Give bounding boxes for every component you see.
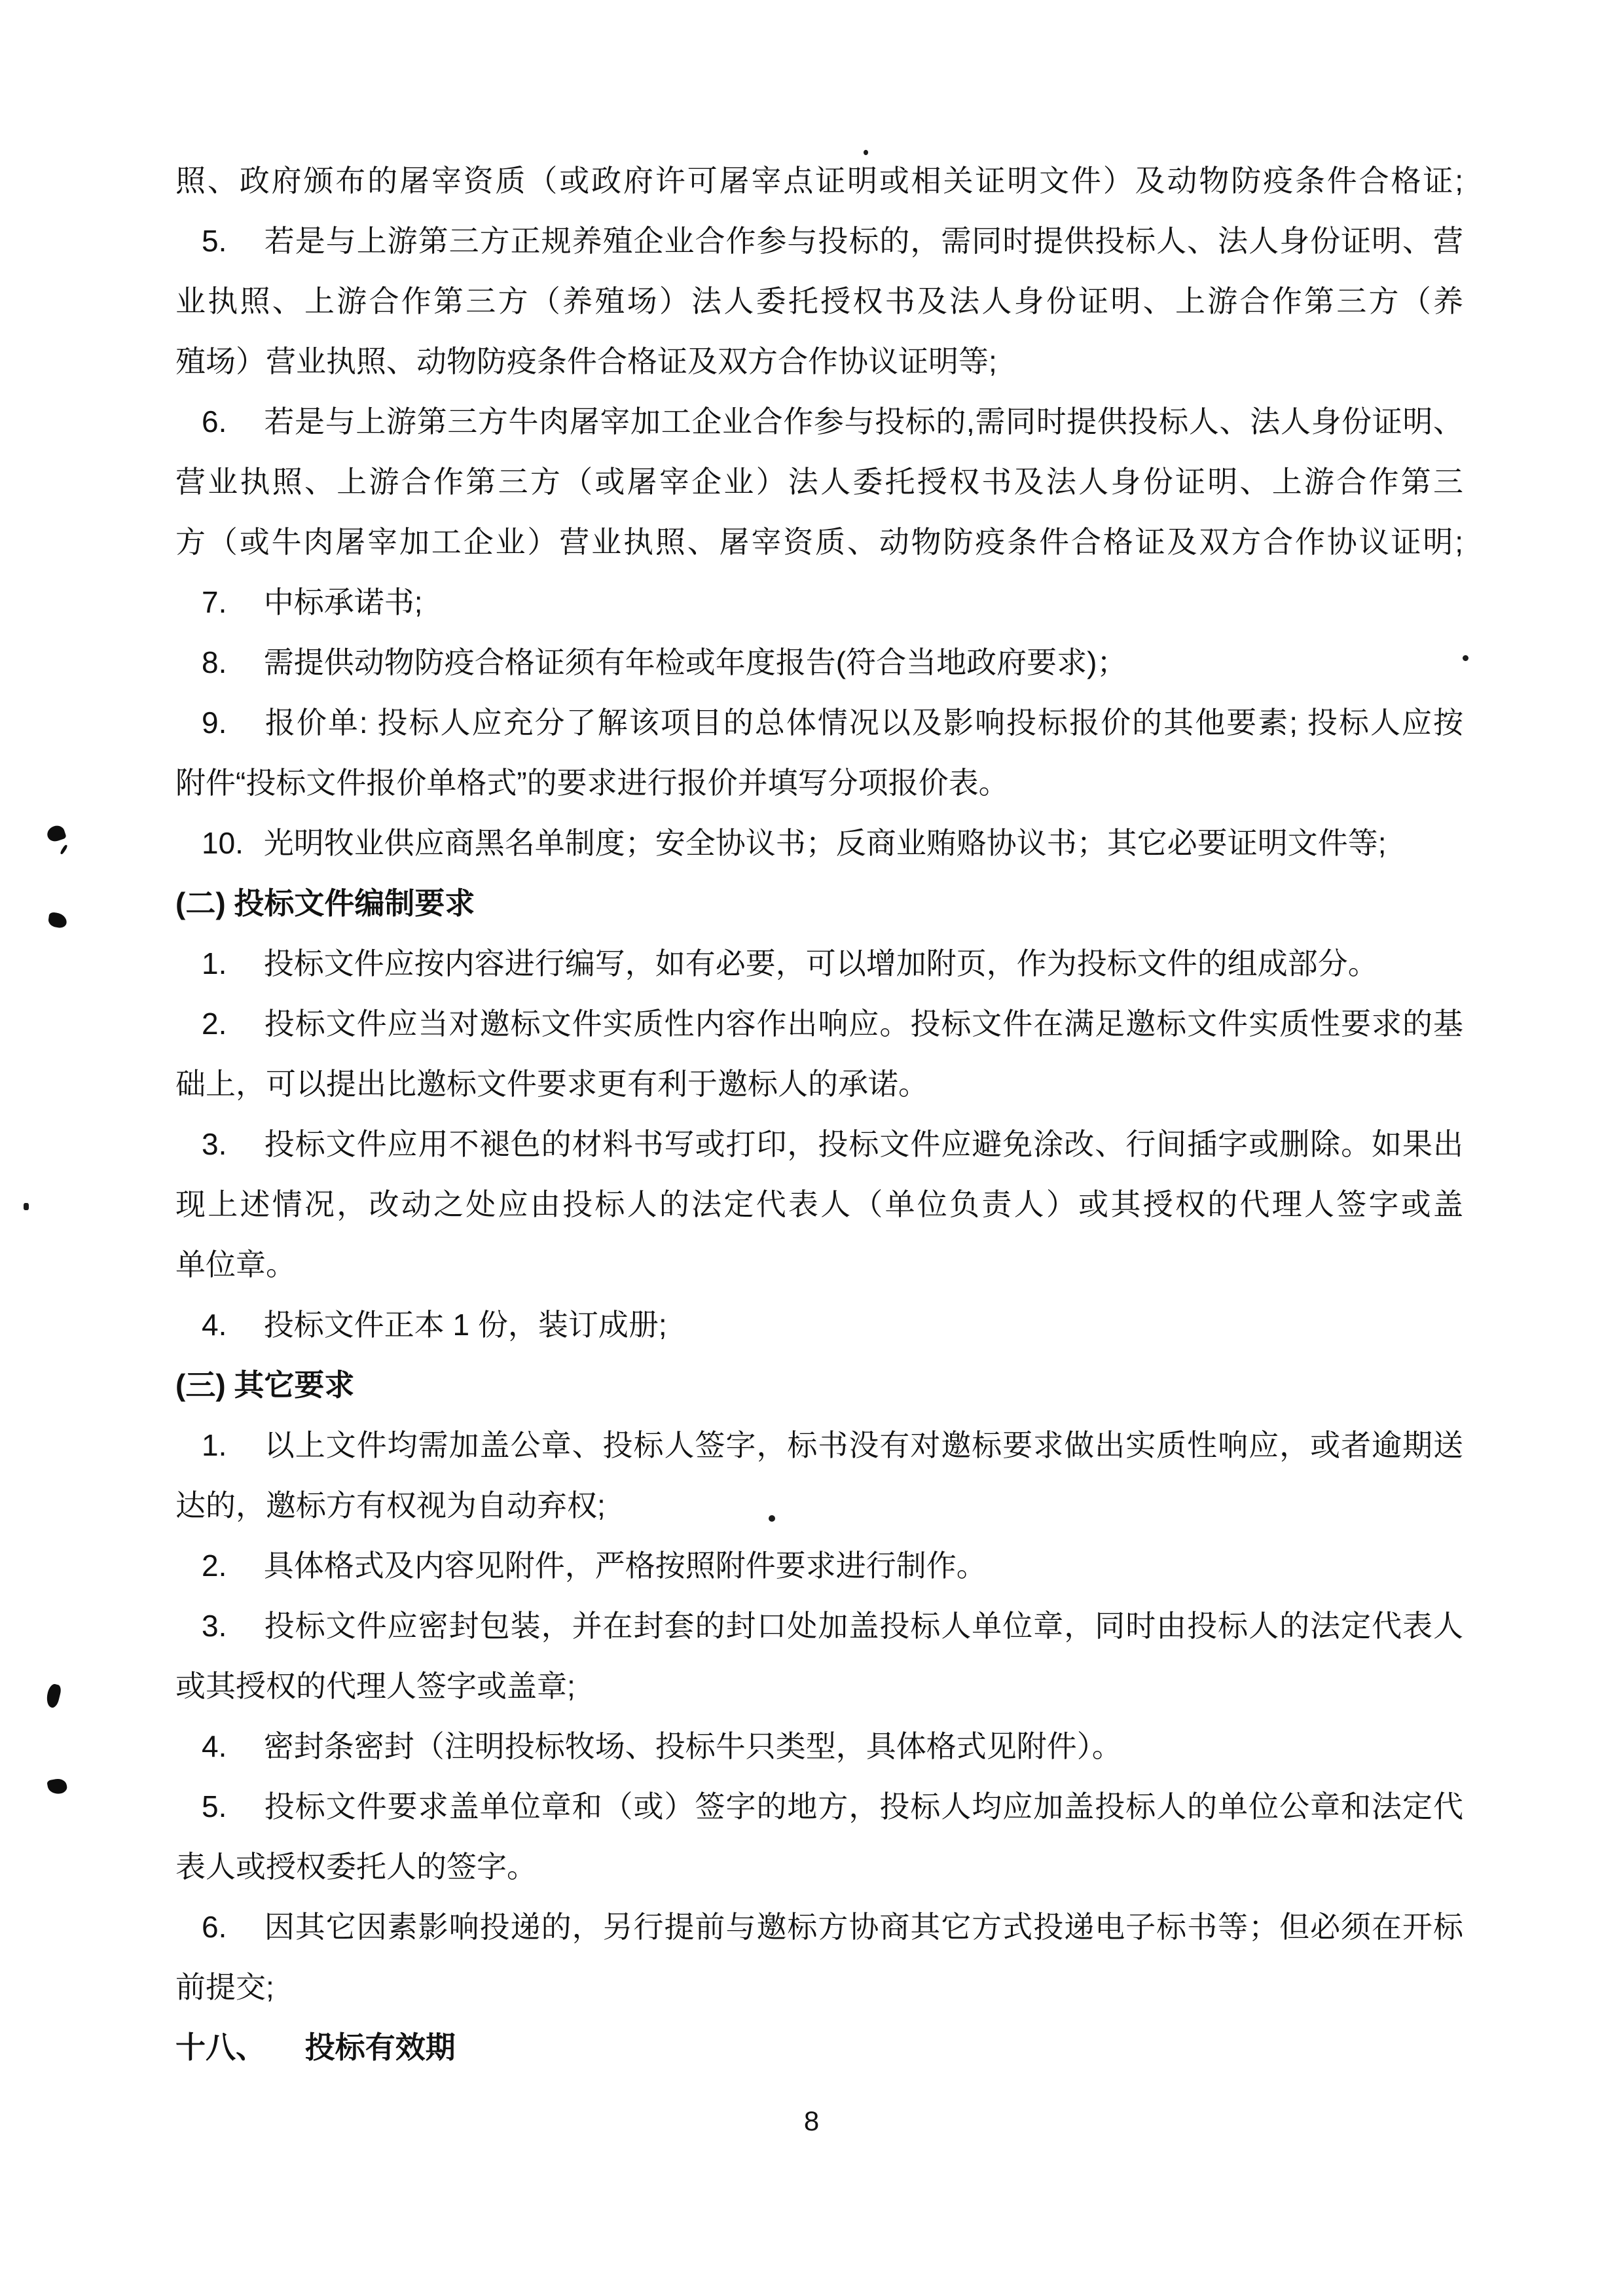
text-line: 1. 投标文件应按内容进行编写，如有必要，可以增加附页，作为投标文件的组成部分。 bbox=[175, 933, 1463, 994]
line-text: 投标文件要求盖单位章和（或）签字的地方，投标人均应加盖投标人的单位公章和法定代 bbox=[264, 1789, 1463, 1823]
line-text: 单位章。 bbox=[175, 1247, 296, 1282]
list-number: 9. bbox=[175, 692, 255, 753]
text-line: 4. 投标文件正本 1 份，装订成册; bbox=[175, 1295, 1463, 1355]
line-text: 具体格式及内容见附件，严格按照附件要求进行制作。 bbox=[264, 1549, 987, 1583]
line-text: 因其它因素影响投递的，另行提前与邀标方协商其它方式投递电子标书等；但必须在开标 bbox=[264, 1910, 1463, 1944]
line-text: (三) 其它要求 bbox=[175, 1368, 354, 1402]
text-line: 方（或牛肉屠宰加工企业）营业执照、屠宰资质、动物防疫条件合格证及双方合作协议证明… bbox=[175, 512, 1463, 572]
scan-dot bbox=[1463, 655, 1468, 661]
list-number: 6. bbox=[175, 1897, 255, 1957]
text-line: 营业执照、上游合作第三方（或屠宰企业）法人委托授权书及法人身份证明、上游合作第三 bbox=[175, 452, 1463, 512]
line-text: 照、政府颁布的屠宰资质（或政府许可屠宰点证明或相关证明文件）及动物防疫条件合格证… bbox=[175, 164, 1463, 198]
line-text: 殖场）营业执照、动物防疫条件合格证及双方合作协议证明等; bbox=[175, 344, 997, 378]
line-text: 或其授权的代理人签字或盖章; bbox=[175, 1669, 575, 1703]
line-text: 业执照、上游合作第三方（养殖场）法人委托授权书及法人身份证明、上游合作第三方（养 bbox=[175, 284, 1463, 318]
text-line: 或其授权的代理人签字或盖章; bbox=[175, 1656, 1463, 1716]
text-line: 6. 若是与上游第三方牛肉屠宰加工企业合作参与投标的,需同时提供投标人、法人身份… bbox=[175, 391, 1463, 452]
list-number: 7. bbox=[175, 572, 255, 632]
line-text: 投标文件应按内容进行编写，如有必要，可以增加附页，作为投标文件的组成部分。 bbox=[264, 946, 1378, 980]
scanned-document-page: 照、政府颁布的屠宰资质（或政府许可屠宰点证明或相关证明文件）及动物防疫条件合格证… bbox=[0, 0, 1623, 2296]
line-text: 若是与上游第三方牛肉屠宰加工企业合作参与投标的,需同时提供投标人、法人身份证明、 bbox=[264, 404, 1463, 439]
text-line: 表人或授权委托人的签字。 bbox=[175, 1837, 1463, 1897]
ink-speck bbox=[60, 844, 68, 855]
text-line: 7. 中标承诺书; bbox=[175, 572, 1463, 632]
scan-dot bbox=[864, 150, 868, 155]
list-number: 8. bbox=[175, 632, 255, 692]
line-text: 以上文件均需加盖公章、投标人签字，标书没有对邀标要求做出实质性响应，或者逾期送 bbox=[264, 1428, 1463, 1462]
line-text: 方（或牛肉屠宰加工企业）营业执照、屠宰资质、动物防疫条件合格证及双方合作协议证明… bbox=[175, 525, 1463, 559]
text-line: 单位章。 bbox=[175, 1234, 1463, 1295]
line-text: 表人或授权委托人的签字。 bbox=[175, 1850, 537, 1884]
line-text: 若是与上游第三方正规养殖企业合作参与投标的，需同时提供投标人、法人身份证明、营 bbox=[264, 224, 1463, 258]
line-text: 达的，邀标方有权视为自动弃权; bbox=[175, 1488, 606, 1522]
ink-speck bbox=[45, 823, 67, 843]
ink-speck bbox=[46, 1778, 68, 1796]
ink-speck bbox=[48, 912, 68, 929]
text-line: 9. 报价单: 投标人应充分了解该项目的总体情况以及影响投标报价的其他要素; 投… bbox=[175, 692, 1463, 753]
text-line: 3. 投标文件应密封包装，并在封套的封口处加盖投标人单位章，同时由投标人的法定代… bbox=[175, 1596, 1463, 1656]
scan-dot bbox=[24, 1203, 29, 1210]
text-line: 10. 光明牧业供应商黑名单制度；安全协议书；反商业贿赂协议书；其它必要证明文件… bbox=[175, 813, 1463, 873]
line-text: 中标承诺书; bbox=[264, 585, 423, 619]
list-number: 1. bbox=[175, 1415, 255, 1475]
text-line: 4. 密封条密封（注明投标牧场、投标牛只类型，具体格式见附件）。 bbox=[175, 1716, 1463, 1776]
section-heading-2: (二) 投标文件编制要求 bbox=[175, 873, 1463, 933]
text-line: 6. 因其它因素影响投递的，另行提前与邀标方协商其它方式投递电子标书等；但必须在… bbox=[175, 1897, 1463, 1957]
list-number: 10. bbox=[175, 813, 255, 873]
line-text: 营业执照、上游合作第三方（或屠宰企业）法人委托授权书及法人身份证明、上游合作第三 bbox=[175, 465, 1463, 499]
list-number: 3. bbox=[175, 1114, 255, 1174]
list-number: 2. bbox=[175, 994, 255, 1054]
text-line: 1. 以上文件均需加盖公章、投标人签字，标书没有对邀标要求做出实质性响应，或者逾… bbox=[175, 1415, 1463, 1475]
ink-speck bbox=[45, 1683, 62, 1709]
list-number: 4. bbox=[175, 1716, 255, 1776]
page-number: 8 bbox=[0, 2108, 1623, 2135]
list-number: 5. bbox=[175, 211, 255, 271]
text-line: 现上述情况，改动之处应由投标人的法定代表人（单位负责人）或其授权的代理人签字或盖 bbox=[175, 1174, 1463, 1234]
line-text: 前提交; bbox=[175, 1970, 274, 2004]
text-line: 照、政府颁布的屠宰资质（或政府许可屠宰点证明或相关证明文件）及动物防疫条件合格证… bbox=[175, 151, 1463, 211]
list-number: 5. bbox=[175, 1776, 255, 1837]
scan-dot bbox=[769, 1515, 775, 1522]
list-number: 3. bbox=[175, 1596, 255, 1656]
line-text: (二) 投标文件编制要求 bbox=[175, 886, 475, 920]
text-line: 2. 投标文件应当对邀标文件实质性内容作出响应。投标文件在满足邀标文件实质性要求… bbox=[175, 994, 1463, 1054]
list-number: 2. bbox=[175, 1535, 255, 1596]
list-number: 1. bbox=[175, 933, 255, 994]
text-line: 3. 投标文件应用不褪色的材料书写或打印，投标文件应避免涂改、行间插字或删除。如… bbox=[175, 1114, 1463, 1174]
line-text: 附件“投标文件报价单格式”的要求进行报价并填写分项报价表。 bbox=[175, 766, 1009, 800]
text-line: 殖场）营业执照、动物防疫条件合格证及双方合作协议证明等; bbox=[175, 331, 1463, 391]
document-text-block: 照、政府颁布的屠宰资质（或政府许可屠宰点证明或相关证明文件）及动物防疫条件合格证… bbox=[175, 151, 1463, 2077]
section-heading-18: 十八、 投标有效期 bbox=[175, 2017, 1463, 2077]
text-line: 2. 具体格式及内容见附件，严格按照附件要求进行制作。 bbox=[175, 1535, 1463, 1596]
section-heading-3: (三) 其它要求 bbox=[175, 1355, 1463, 1415]
line-text: 现上述情况，改动之处应由投标人的法定代表人（单位负责人）或其授权的代理人签字或盖 bbox=[175, 1187, 1463, 1221]
line-text: 密封条密封（注明投标牧场、投标牛只类型，具体格式见附件）。 bbox=[264, 1729, 1122, 1763]
text-line: 础上，可以提出比邀标文件要求更有利于邀标人的承诺。 bbox=[175, 1054, 1463, 1114]
line-text: 投标文件正本 1 份，装订成册; bbox=[264, 1308, 667, 1342]
text-line: 前提交; bbox=[175, 1957, 1463, 2017]
line-text: 投标文件应当对邀标文件实质性内容作出响应。投标文件在满足邀标文件实质性要求的基 bbox=[264, 1007, 1463, 1041]
list-number: 十八、 bbox=[175, 2017, 297, 2077]
text-line: 8. 需提供动物防疫合格证须有年检或年度报告(符合当地政府要求)； bbox=[175, 632, 1463, 692]
list-number: 4. bbox=[175, 1295, 255, 1355]
text-line: 5. 若是与上游第三方正规养殖企业合作参与投标的，需同时提供投标人、法人身份证明… bbox=[175, 211, 1463, 271]
text-line: 5. 投标文件要求盖单位章和（或）签字的地方，投标人均应加盖投标人的单位公章和法… bbox=[175, 1776, 1463, 1837]
line-text: 投标文件应密封包装，并在封套的封口处加盖投标人单位章，同时由投标人的法定代表人 bbox=[264, 1609, 1463, 1643]
line-text: 础上，可以提出比邀标文件要求更有利于邀标人的承诺。 bbox=[175, 1067, 928, 1101]
line-text: 投标文件应用不褪色的材料书写或打印，投标文件应避免涂改、行间插字或删除。如果出 bbox=[264, 1127, 1463, 1161]
line-text: 光明牧业供应商黑名单制度；安全协议书；反商业贿赂协议书；其它必要证明文件等; bbox=[264, 826, 1387, 860]
list-number: 6. bbox=[175, 391, 255, 452]
text-line: 达的，邀标方有权视为自动弃权; bbox=[175, 1475, 1463, 1535]
line-text: 投标有效期 bbox=[305, 2030, 456, 2064]
line-text: 报价单: 投标人应充分了解该项目的总体情况以及影响投标报价的其他要素; 投标人应… bbox=[265, 706, 1463, 740]
text-line: 附件“投标文件报价单格式”的要求进行报价并填写分项报价表。 bbox=[175, 753, 1463, 813]
text-line: 业执照、上游合作第三方（养殖场）法人委托授权书及法人身份证明、上游合作第三方（养 bbox=[175, 271, 1463, 331]
line-text: 需提供动物防疫合格证须有年检或年度报告(符合当地政府要求)； bbox=[264, 645, 1127, 679]
